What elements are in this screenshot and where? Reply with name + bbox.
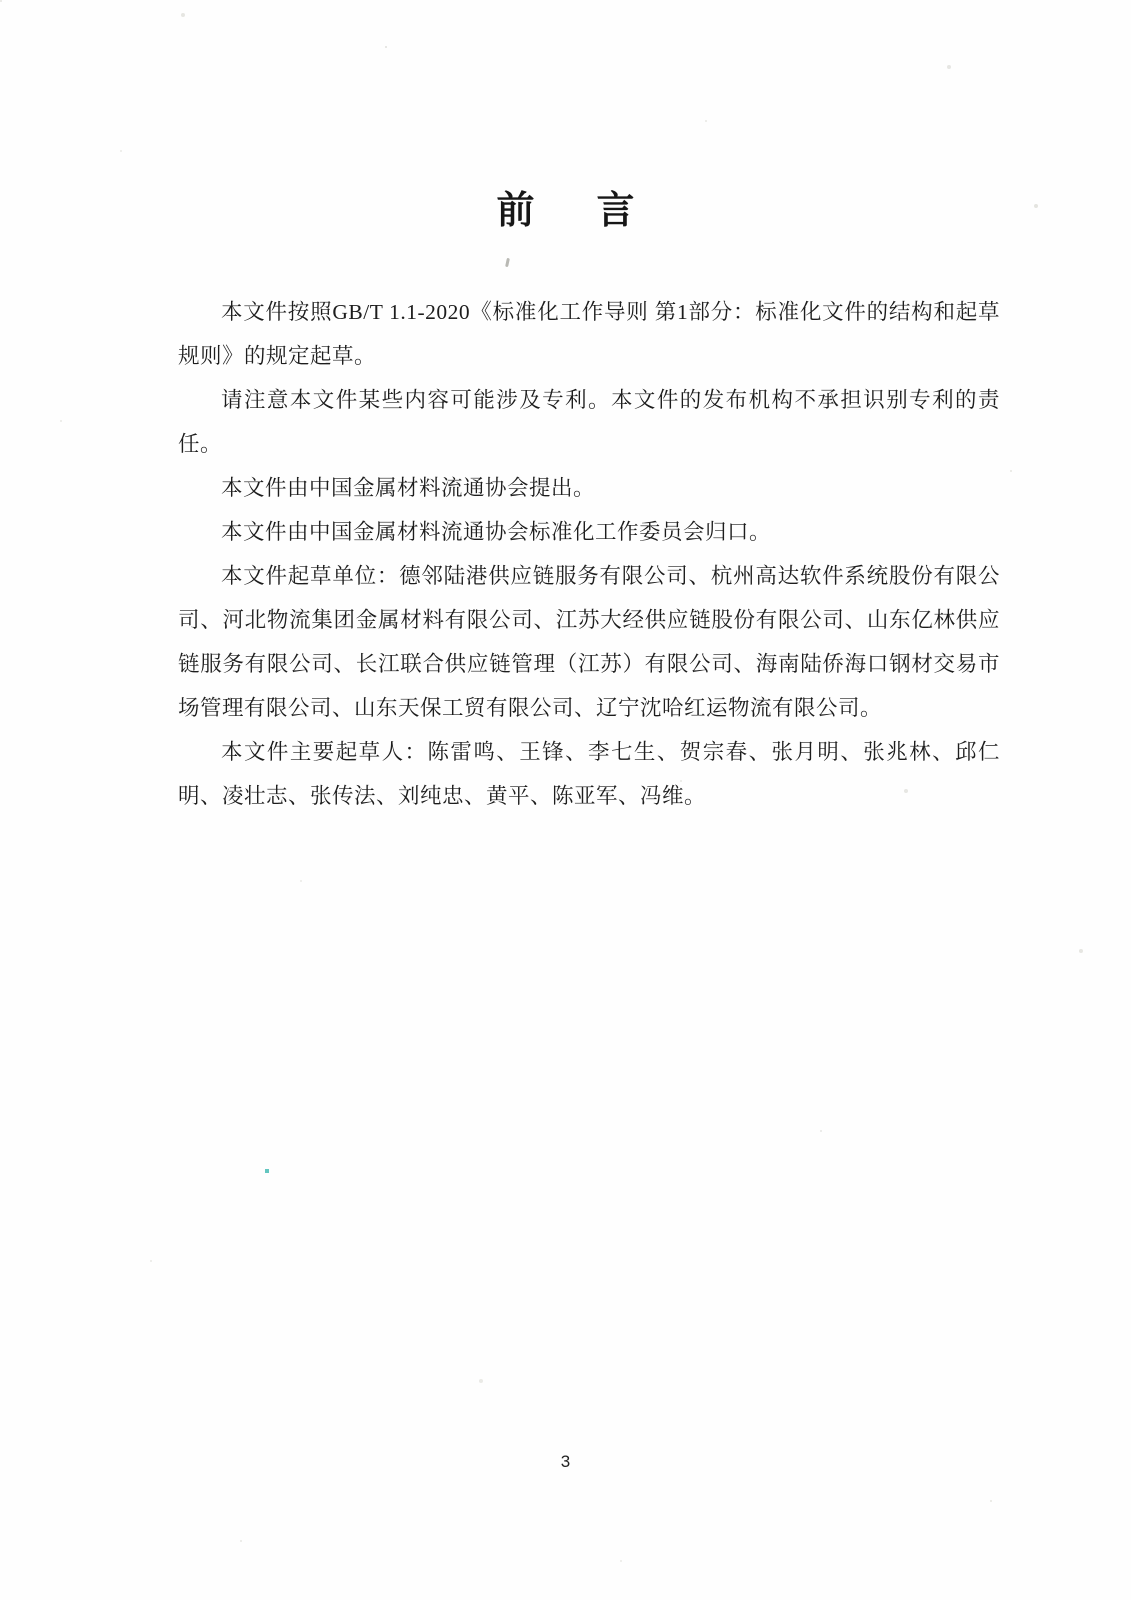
paragraph-under-jurisdiction: 本文件由中国金属材料流通协会标准化工作委员会归口。 [178, 510, 1000, 554]
title-char-qian: 前 [496, 192, 534, 230]
paragraph-drafting-rules: 本文件按照GB/T 1.1-2020《标准化工作导则 第1部分：标准化文件的结构… [178, 290, 1000, 378]
document-page: 前 言 本文件按照GB/T 1.1-2020《标准化工作导则 第1部分：标准化文… [0, 0, 1131, 1600]
paragraph-main-drafters: 本文件主要起草人：陈雷鸣、王锋、李七生、贺宗春、张月明、张兆林、邱仁明、凌壮志、… [178, 730, 1000, 818]
document-body: 本文件按照GB/T 1.1-2020《标准化工作导则 第1部分：标准化文件的结构… [178, 290, 1000, 818]
scan-stray-mark [505, 258, 510, 267]
paragraph-drafting-organizations: 本文件起草单位：德邻陆港供应链服务有限公司、杭州高达软件系统股份有限公司、河北物… [178, 554, 1000, 730]
scan-teal-speck [265, 1169, 269, 1173]
page-number: 3 [0, 1452, 1131, 1472]
paragraph-patent-notice: 请注意本文件某些内容可能涉及专利。本文件的发布机构不承担识别专利的责任。 [178, 378, 1000, 466]
scan-noise-speckles [0, 0, 2, 2]
paragraph-proposed-by: 本文件由中国金属材料流通协会提出。 [178, 466, 1000, 510]
page-title: 前 言 [0, 192, 1131, 230]
title-char-yan: 言 [597, 192, 635, 230]
